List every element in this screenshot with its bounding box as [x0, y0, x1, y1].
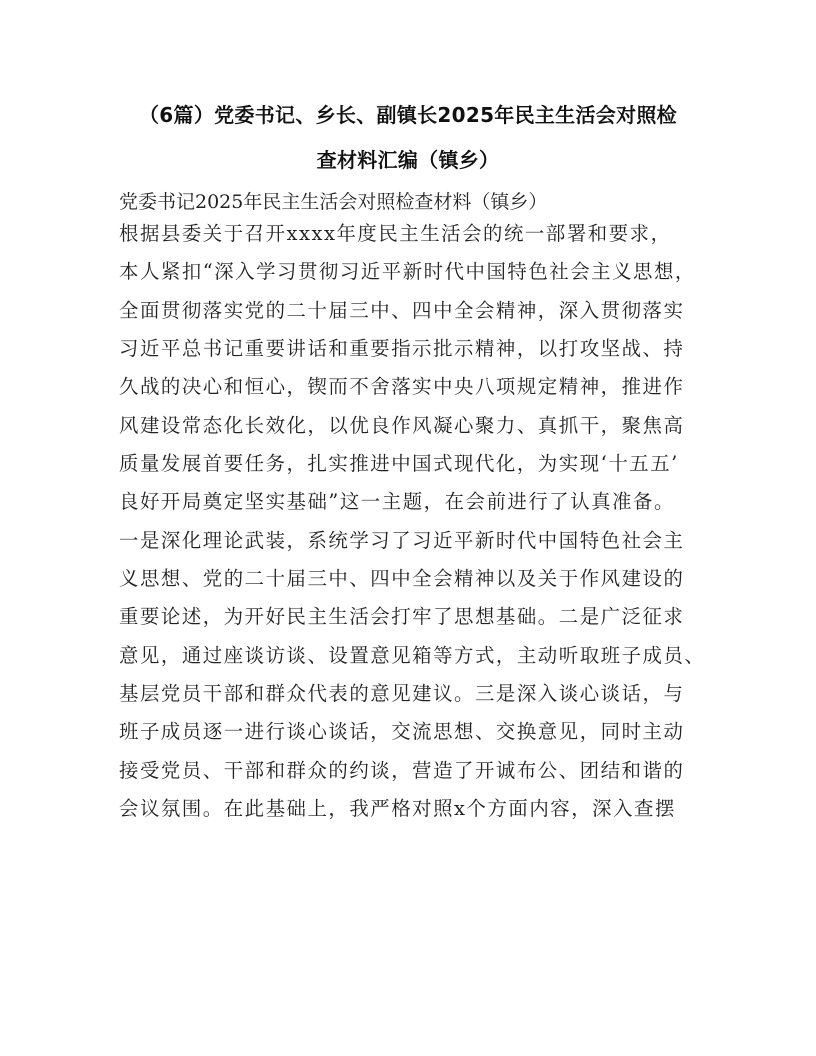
body-line: 风建设常态化长效化，以优良作风凝心聚力、真抓干，聚焦高: [119, 407, 719, 445]
body-line: 会议氛围。在此基础上，我严格对照x个方面内容，深入查摆: [119, 790, 719, 828]
body-line: 良好开局奠定坚实基础”这一主题，在会前进行了认真准备。: [119, 483, 719, 521]
document-page: （6篇）党委书记、乡长、副镇长2025年民主生活会对照检 查材料汇编（镇乡） 党…: [0, 0, 816, 1056]
body-line: 全面贯彻落实党的二十届三中、四中全会精神，深入贯彻落实: [119, 292, 719, 330]
document-title-line-1: （6篇）党委书记、乡长、副镇长2025年民主生活会对照检: [139, 103, 677, 127]
document-title: （6篇）党委书记、乡长、副镇长2025年民主生活会对照检 查材料汇编（镇乡）: [110, 93, 706, 183]
body-line: 意见，通过座谈访谈、设置意见箱等方式，主动听取班子成员、: [119, 637, 719, 675]
body-line: 一是深化理论武装，系统学习了习近平新时代中国特色社会主: [119, 522, 719, 560]
body-line: 重要论述，为开好民主生活会打牢了思想基础。二是广泛征求: [119, 598, 719, 636]
document-title-line-2: 查材料汇编（镇乡）: [317, 148, 500, 172]
document-body: 根据县委关于召开xxxx年度民主生活会的统一部署和要求， 本人紧扣“深入学习贯彻…: [119, 215, 719, 829]
section-heading: 党委书记2025年民主生活会对照检查材料（镇乡）: [119, 188, 719, 216]
body-line: 久战的决心和恒心，锲而不舍落实中央八项规定精神，推进作: [119, 368, 719, 406]
body-line: 习近平总书记重要讲话和重要指示批示精神，以打攻坚战、持: [119, 330, 719, 368]
body-line: 基层党员干部和群众代表的意见建议。三是深入谈心谈话，与: [119, 675, 719, 713]
body-line: 本人紧扣“深入学习贯彻习近平新时代中国特色社会主义思想，: [119, 253, 719, 291]
body-line: 义思想、党的二十届三中、四中全会精神以及关于作风建设的: [119, 560, 719, 598]
body-line: 质量发展首要任务，扎实推进中国式现代化，为实现‘十五五’: [119, 445, 719, 483]
body-line: 根据县委关于召开xxxx年度民主生活会的统一部署和要求，: [119, 215, 719, 253]
body-line: 班子成员逐一进行谈心谈话，交流思想、交换意见，同时主动: [119, 713, 719, 751]
body-line: 接受党员、干部和群众的约谈，营造了开诚布公、团结和谐的: [119, 752, 719, 790]
